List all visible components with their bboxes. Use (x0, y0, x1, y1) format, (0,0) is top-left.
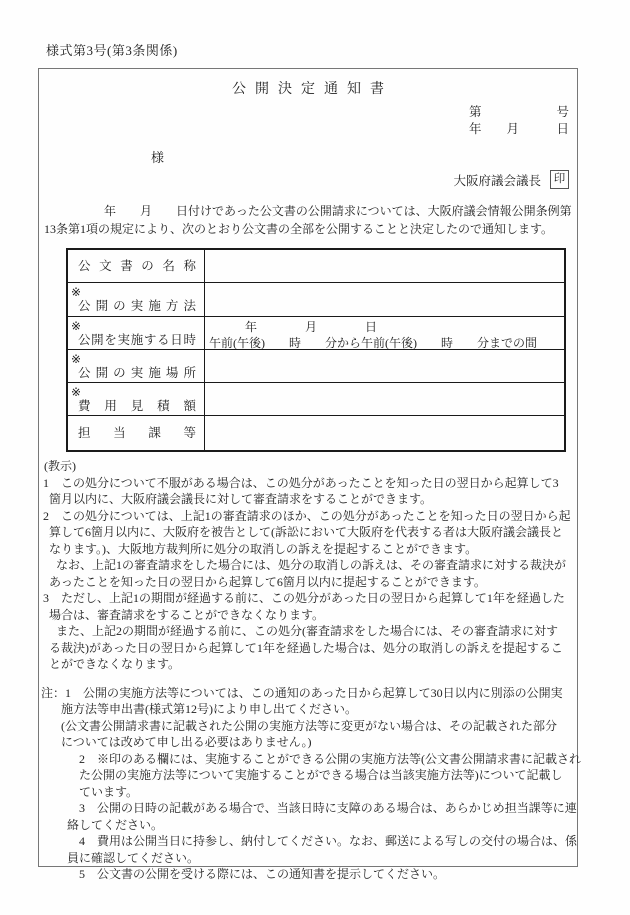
note-line (39, 673, 579, 685)
body-paragraph: 年 月 日付けであった公文書の公開請求については、大阪府議会情報公開条例第 13… (44, 202, 576, 238)
asterisk-mark: ※ (68, 317, 204, 333)
note-line: 箇月以内に、大阪府議会議長に対して審査請求をすることができます。 (39, 491, 579, 508)
doc-date-line: 年 月 日 (469, 119, 569, 137)
table-label-disclosure-place: ※ 公開の実施場所 (68, 350, 205, 383)
notes-section: (教示)1 この処分について不服がある場合は、この処分があったことを知った日の翌… (39, 458, 579, 883)
issuer-name: 大阪府議会議長 (453, 171, 541, 189)
document-border-box: 公開決定通知書 第 号 年 月 日 様 大阪府議会議長 印 年 月 日付けであっ… (38, 68, 578, 867)
page-title: 公開決定通知書 (39, 78, 577, 98)
note-line: 算して6箇月以内に、大阪府を被告として(訴訟において大阪府を代表する者は大阪府議… (39, 524, 579, 541)
doc-number-line: 第 号 (469, 102, 569, 120)
note-line: (教示) (39, 458, 579, 475)
note-line: 場合は、審査請求をすることができなくなります。 (39, 607, 579, 624)
document-page: 様式第3号(第3条関係) 公開決定通知書 第 号 年 月 日 様 大阪府議会議長… (0, 0, 630, 915)
note-line: 3 公開の日時の記載がある場合で、当該日時に支障のある場合は、あらかじめ担当課等… (39, 800, 579, 817)
asterisk-mark: ※ (68, 350, 204, 366)
body-line-1: 年 月 日付けであった公文書の公開請求については、大阪府議会情報公開条例第 (44, 202, 576, 220)
table-label-document-name: 公文書の名称 (68, 250, 205, 283)
note-line: 2 ※印のある欄には、実施することができる公開の実施方法等(公文書公開請求書に記… (39, 751, 579, 768)
note-line: 員に確認してください。 (39, 850, 579, 867)
note-line: あったことを知った日の翌日から起算して6箇月以内に提起することができます。 (39, 574, 579, 591)
note-line: た公開の実施方法等について実施することができる場合は当該実施方法等)について記載… (39, 767, 579, 784)
note-line: 5 公文書の公開を受ける際には、この通知書を提示してください。 (39, 866, 579, 883)
table-value-disclosure-place (205, 350, 564, 383)
table-value-disclosure-method (205, 283, 564, 316)
note-line: 2 この処分については、上記1の審査請求のほか、この処分があったことを知った日の… (39, 508, 579, 525)
table-label-disclosure-method: ※ 公開の実施方法 (68, 283, 205, 316)
note-line: 施方法等申出書(様式第12号)により申し出てください。 (39, 701, 579, 718)
disclosure-table: 公文書の名称 ※ 公開の実施方法 ※ 公開を実施する日時 年 月 日 午前(午後… (66, 248, 566, 452)
note-line: る裁決)があった日の翌日から起算して1年を経過した場合は、処分の取消しの訴えを提… (39, 640, 579, 657)
table-value-document-name (205, 250, 564, 283)
form-code: 様式第3号(第3条関係) (46, 40, 178, 59)
note-line: なります。)、大阪地方裁判所に処分の取消しの訴えを提起することができます。 (39, 541, 579, 558)
table-label-section-in-charge: 担当課等 (68, 416, 205, 449)
note-line: 4 費用は公開当日に持参し、納付してください。なお、郵送による写しの交付の場合は… (39, 833, 579, 850)
note-line: (公文書公開請求書に記載された公開の実施方法等に変更がない場合は、その記載された… (39, 718, 579, 735)
table-value-cost-estimate (205, 383, 564, 416)
recipient-honorific: 様 (151, 147, 164, 166)
table-value-section-in-charge (205, 416, 564, 449)
note-line: 絡してください。 (39, 817, 579, 834)
asterisk-mark: ※ (68, 283, 204, 299)
note-line: なお、上記1の審査請求をした場合には、処分の取消しの訴えは、その審査請求に対する… (39, 557, 579, 574)
issuer-line: 大阪府議会議長 印 (453, 170, 569, 189)
note-line: については改めて申し出る必要はありません。) (39, 734, 579, 751)
note-line: 3 ただし、上記1の期間が経過する前に、この処分があった日の翌日から起算して1年… (39, 590, 579, 607)
note-line: ています。 (39, 784, 579, 801)
note-line: とができなくなります。 (39, 656, 579, 673)
table-label-disclosure-datetime: ※ 公開を実施する日時 (68, 317, 205, 350)
table-label-cost-estimate: ※ 費用見積額 (68, 383, 205, 416)
datetime-line-date: 年 月 日 (209, 319, 564, 335)
table-value-disclosure-datetime: 年 月 日 午前(午後) 時 分から午前(午後) 時 分までの間 (205, 317, 564, 350)
datetime-line-time: 午前(午後) 時 分から午前(午後) 時 分までの間 (209, 335, 564, 350)
body-line-2: 13条第1項の規定により、次のとおり公文書の全部を公開することと決定したので通知… (44, 220, 576, 238)
asterisk-mark: ※ (68, 383, 204, 399)
note-line: また、上記2の期間が経過する前に、この処分(審査請求をした場合には、その審査請求… (39, 623, 579, 640)
note-line: 注：1 公開の実施方法等については、この通知のあった日から起算して30日以内に別… (39, 685, 579, 702)
seal-mark: 印 (550, 170, 569, 189)
note-line: 1 この処分について不服がある場合は、この処分があったことを知った日の翌日から起… (39, 475, 579, 492)
